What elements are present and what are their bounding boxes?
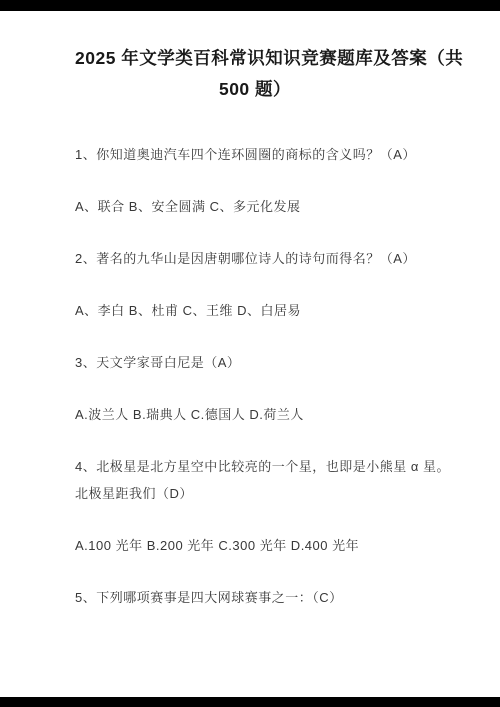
page-title-line-2: 500 题） (75, 74, 435, 105)
document-content: 2025 年文学类百科常识知识竞赛题库及答案（共 500 题） 1、你知道奥迪汽… (75, 0, 435, 611)
question-2-options: A、李白 B、杜甫 C、王维 D、白居易 (75, 297, 435, 324)
document-page: 2025 年文学类百科常识知识竞赛题库及答案（共 500 题） 1、你知道奥迪汽… (0, 0, 500, 707)
question-4-text: 4、北极星是北方星空中比较亮的一个星，也即是小熊星 α 星。 北极星距我们（D） (75, 453, 435, 507)
question-1-options: A、联合 B、安全圆满 C、多元化发展 (75, 193, 435, 220)
question-1-text: 1、你知道奥迪汽车四个连环圆圈的商标的含义吗？（A） (75, 141, 435, 168)
question-5-text: 5、下列哪项赛事是四大网球赛事之一：（C） (75, 584, 435, 611)
question-3-options: A.波兰人 B.瑞典人 C.德国人 D.荷兰人 (75, 401, 435, 428)
bottom-black-bar (0, 697, 500, 707)
page-title-line-1: 2025 年文学类百科常识知识竞赛题库及答案（共 (75, 43, 435, 74)
question-4-text-line-1: 4、北极星是北方星空中比较亮的一个星，也即是小熊星 α 星。 (75, 453, 435, 480)
question-3-text: 3、天文学家哥白尼是（A） (75, 349, 435, 376)
question-2-text: 2、著名的九华山是因唐朝哪位诗人的诗句而得名？（A） (75, 245, 435, 272)
question-4-options: A.100 光年 B.200 光年 C.300 光年 D.400 光年 (75, 532, 435, 559)
question-4-text-line-2: 北极星距我们（D） (75, 480, 435, 507)
page-title: 2025 年文学类百科常识知识竞赛题库及答案（共 500 题） (75, 43, 435, 105)
